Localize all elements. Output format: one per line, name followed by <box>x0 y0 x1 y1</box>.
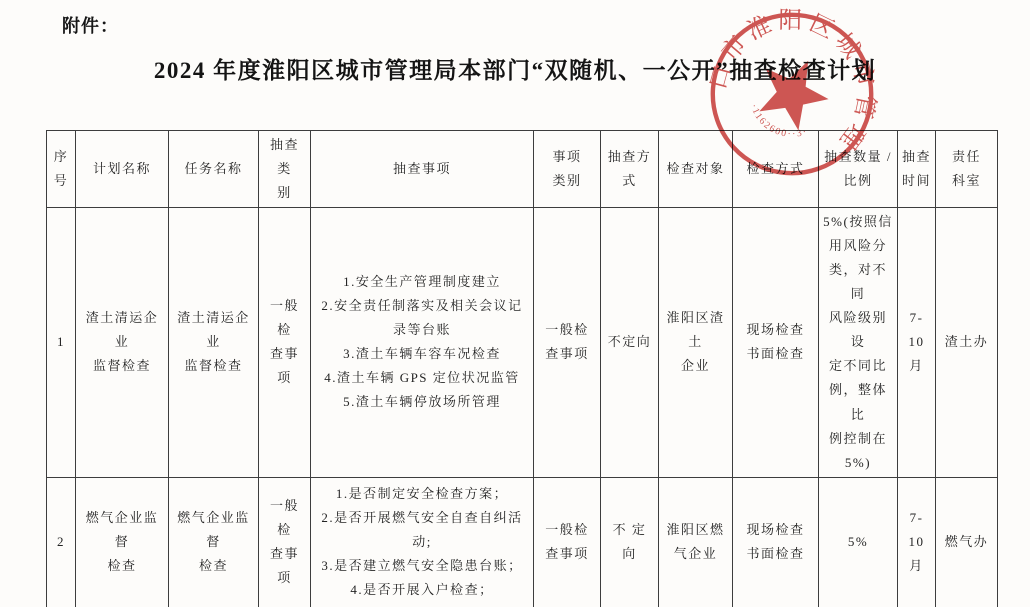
attachment-label: 附件： <box>62 12 119 38</box>
col-header-plan-name: 计划名称 <box>76 131 169 208</box>
cell-task-name: 渣土清运企业 监督检查 <box>169 208 259 478</box>
cell-department: 渣土办 <box>936 208 998 478</box>
col-header-check-target: 检查对象 <box>659 131 733 208</box>
cell-check-target: 淮阳区渣土 企业 <box>659 208 733 478</box>
col-header-quantity-ratio: 抽查数量 / 比例 <box>819 131 898 208</box>
scanned-document-page: 附件： 2024 年度淮阳区城市管理局本部门“双随机、一公开”抽查检查计划 序号… <box>0 0 1030 607</box>
col-header-task-name: 任务名称 <box>169 131 259 208</box>
col-header-sampling-time: 抽查 时间 <box>898 131 936 208</box>
cell-sampling-mode: 不 定 向 <box>601 477 659 607</box>
col-header-check-method: 检查方式 <box>733 131 819 208</box>
cell-check-method: 现场检查 书面检查 <box>733 208 819 478</box>
doc-title: 2024 年度淮阳区城市管理局本部门“双随机、一公开”抽查检查计划 <box>0 52 1030 85</box>
cell-plan-name: 燃气企业监督 检查 <box>76 477 169 607</box>
cell-task-name: 燃气企业监督 检查 <box>169 477 259 607</box>
col-header-item-category: 事项 类别 <box>534 131 601 208</box>
cell-plan-name: 渣土清运企业 监督检查 <box>76 208 169 478</box>
cell-quantity-ratio: 5%(按照信 用风险分 类，对不同 风险级别设 定不同比 例，整体比 例控制在 … <box>819 208 898 478</box>
cell-item-category: 一般检 查事项 <box>534 477 601 607</box>
cell-check-category: 一般检 查事项 <box>259 477 311 607</box>
cell-seq: 2 <box>47 477 76 607</box>
cell-check-target: 淮阳区燃 气企业 <box>659 477 733 607</box>
cell-check-items: 1.是否制定安全检查方案； 2.是否开展燃气安全自查自纠活动; 3.是否建立燃气… <box>311 477 534 607</box>
table-row: 1 渣土清运企业 监督检查 渣土清运企业 监督检查 一般检 查事项 1.安全生产… <box>47 208 998 478</box>
cell-sampling-mode: 不定向 <box>601 208 659 478</box>
col-header-department: 责任 科室 <box>936 131 998 208</box>
table-row: 2 燃气企业监督 检查 燃气企业监督 检查 一般检 查事项 1.是否制定安全检查… <box>47 477 998 607</box>
table-header-row: 序号 计划名称 任务名称 抽查类 别 抽查事项 事项 类别 抽查方式 检查对象 … <box>47 131 998 208</box>
cell-sampling-time: 7-10 月 <box>898 477 936 607</box>
cell-check-method: 现场检查 书面检查 <box>733 477 819 607</box>
cell-quantity-ratio: 5% <box>819 477 898 607</box>
col-header-sampling-mode: 抽查方式 <box>601 131 659 208</box>
col-header-seq: 序号 <box>47 131 76 208</box>
inspection-plan-table: 序号 计划名称 任务名称 抽查类 别 抽查事项 事项 类别 抽查方式 检查对象 … <box>46 130 998 607</box>
col-header-check-category: 抽查类 别 <box>259 131 311 208</box>
col-header-check-items: 抽查事项 <box>311 131 534 208</box>
cell-seq: 1 <box>47 208 76 478</box>
cell-item-category: 一般检 查事项 <box>534 208 601 478</box>
cell-sampling-time: 7-10 月 <box>898 208 936 478</box>
cell-check-items: 1.安全生产管理制度建立 2.安全责任制落实及相关会议记录等台账 3.渣土车辆车… <box>311 208 534 478</box>
cell-department: 燃气办 <box>936 477 998 607</box>
cell-check-category: 一般检 查事项 <box>259 208 311 478</box>
